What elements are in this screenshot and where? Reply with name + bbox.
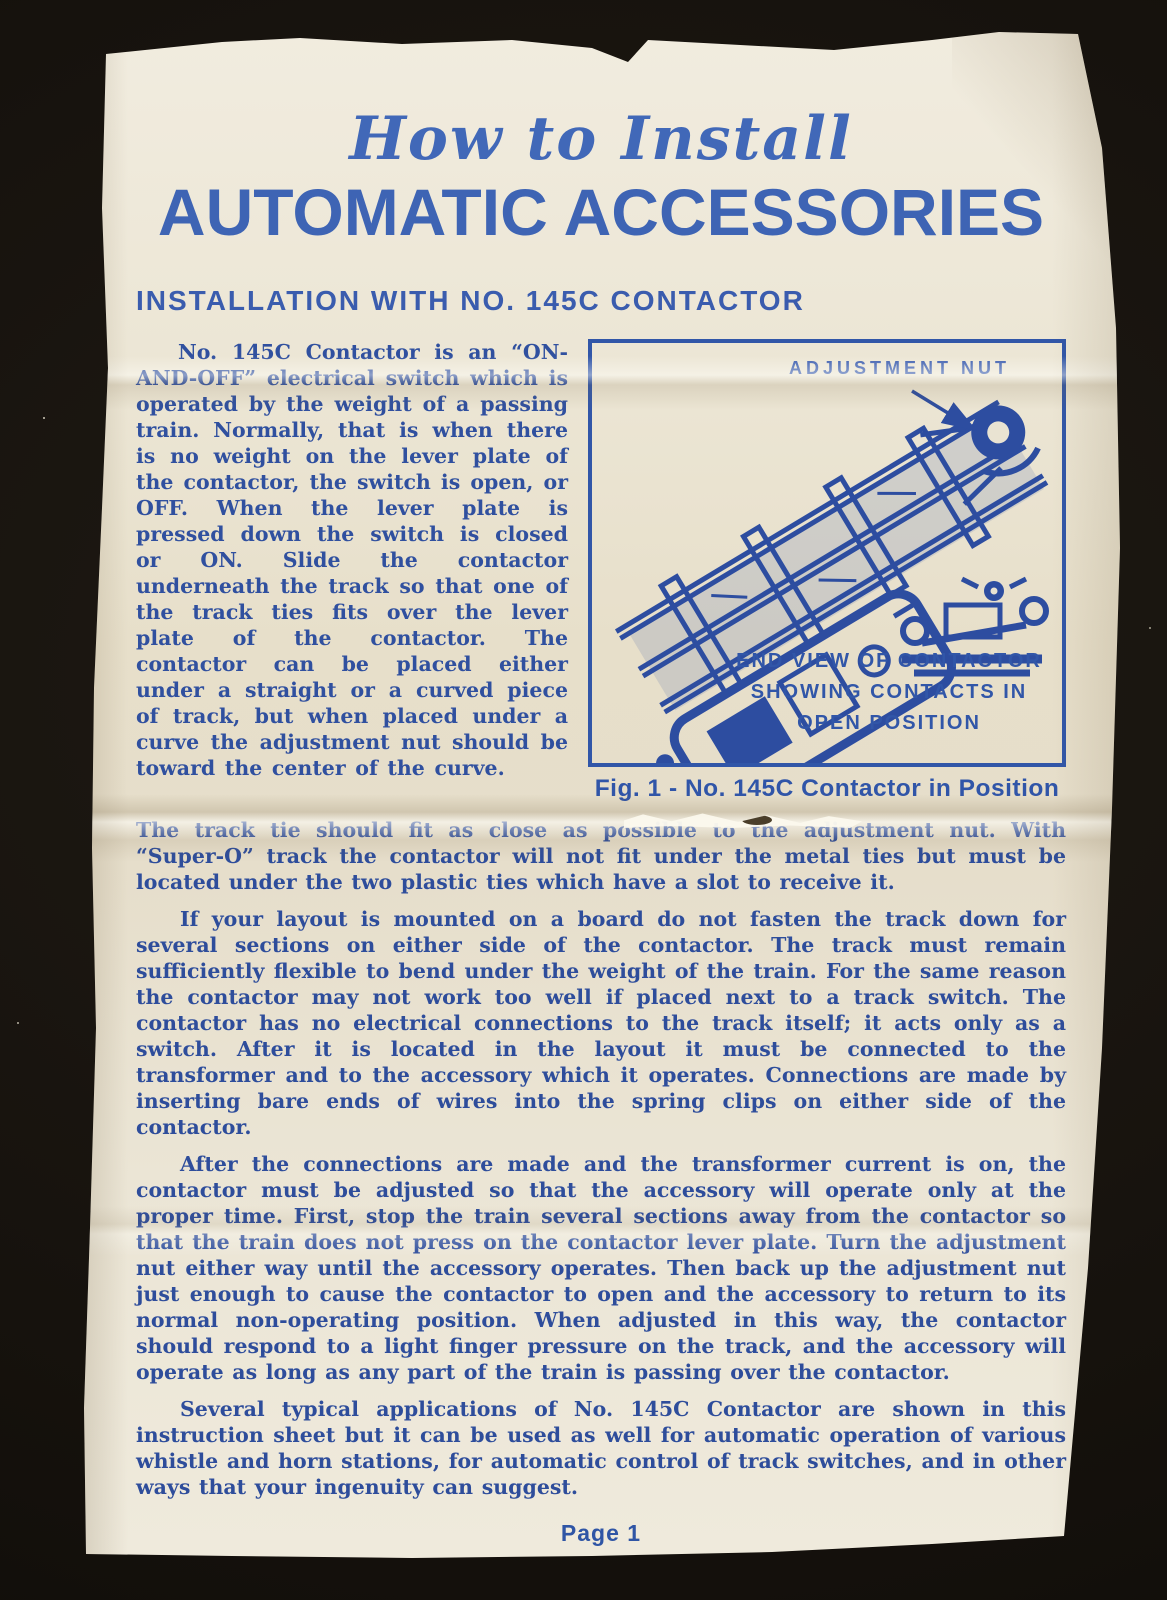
adjustment-nut-label: ADJUSTMENT NUT — [789, 358, 1010, 379]
paragraph-adjustment: After the connections are made and the t… — [136, 1151, 1066, 1385]
page-title-main: AUTOMATIC ACCESSORIES — [136, 179, 1066, 245]
photo-of-instruction-sheet: { "page": { "title_script": "How to Inst… — [0, 0, 1167, 1600]
body-paragraphs: The track tie should fit as close as pos… — [136, 817, 1066, 1500]
page-number: Page 1 — [136, 1520, 1066, 1547]
paragraph-track-tie: The track tie should fit as close as pos… — [136, 817, 1066, 895]
instruction-sheet: How to Install AUTOMATIC ACCESSORIES INS… — [72, 28, 1122, 1560]
paragraph-applications: Several typical applications of No. 145C… — [136, 1396, 1066, 1500]
intro-column: No. 145C Contactor is an “ON-AND-OFF” el… — [136, 339, 568, 803]
page-title-script: How to Install — [136, 108, 1066, 171]
intro-paragraph: No. 145C Contactor is an “ON-AND-OFF” el… — [136, 339, 568, 781]
intro-row: No. 145C Contactor is an “ON-AND-OFF” el… — [136, 339, 1066, 803]
paragraph-layout-board: If your layout is mounted on a board do … — [136, 906, 1066, 1140]
adjustment-nut-arrow — [912, 391, 974, 429]
figure-1-caption: Fig. 1 - No. 145C Contactor in Position — [588, 775, 1066, 803]
section-heading: INSTALLATION WITH NO. 145C CONTACTOR — [136, 285, 1066, 317]
figure-1-box: ADJUSTMENT NUT END VIEW OF CONTACTOR SHO… — [588, 339, 1066, 767]
sheet-content: How to Install AUTOMATIC ACCESSORIES INS… — [72, 28, 1122, 1560]
end-view-label: END VIEW OF CONTACTOR SHOWING CONTACTS I… — [730, 646, 1048, 739]
figure-column: ADJUSTMENT NUT END VIEW OF CONTACTOR SHO… — [588, 339, 1066, 803]
